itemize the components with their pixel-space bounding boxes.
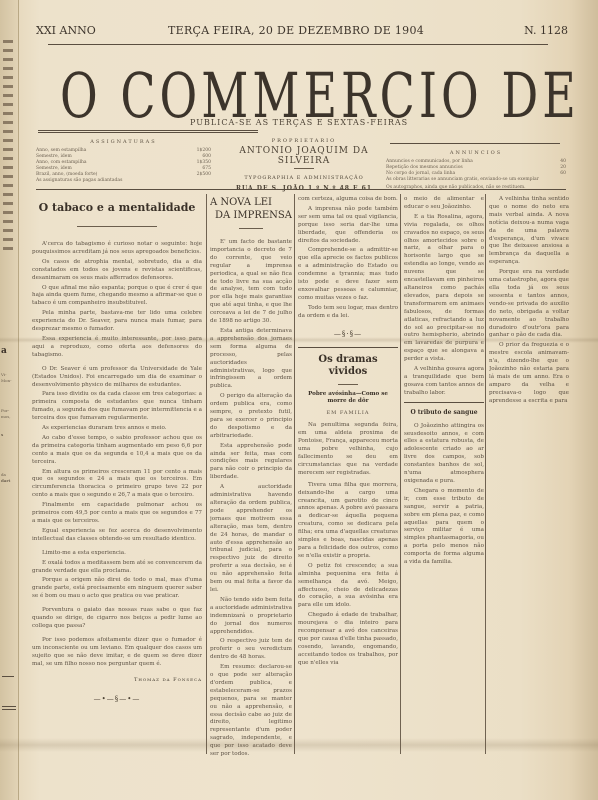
strip-fragment: mos, (1, 414, 16, 419)
article-headline-line1: A NOVA LEI (210, 196, 292, 209)
paper-fold (0, 337, 598, 343)
paragraph: Os casos de atrophia mental, sobretudo, … (32, 259, 202, 283)
paragraph: A velhinha gosava agora a tranquilidade … (404, 366, 484, 398)
paragraph: As experiencias duraram tres annos e mei… (32, 425, 202, 433)
advertising-row: As obras litterarias se annunciam gratis… (386, 177, 566, 183)
article-right-column-b: A velhinha tinha sentido que o nome do n… (489, 196, 569, 756)
paragraph: Todo tem seu logar, mas dentro da ordem … (298, 305, 398, 321)
newspaper-page: a Vi- Mon- Por- mos, s da dart XXI ANNO … (0, 0, 598, 800)
paragraph: O respectivo juiz tem de proferir o seu … (210, 638, 292, 662)
paragraph: Chegado á edade de trabalhar, mourejava … (298, 612, 398, 667)
divider (77, 226, 157, 227)
article-headline-line2: DA IMPRENSA (210, 209, 292, 222)
paragraph: O Joãozinho attingira os seusdesoito ann… (404, 423, 484, 486)
paragraph: Finalmente em capacidade pulmonar achou … (32, 502, 202, 526)
paragraph: O que afinal me não espanta; porque o qu… (32, 285, 202, 309)
article-tabaco: O tabaco e a mentalidade A'cerca do taba… (32, 196, 202, 756)
editor-name: ANTONIO JOAQUIM DA SILVEIRA (224, 146, 384, 166)
strip-fragment: s (1, 432, 16, 437)
strip-rule (2, 706, 16, 707)
strip-fragment: Mon- (1, 378, 16, 383)
paragraph: O prior da freguezia e o mestre escola a… (489, 342, 569, 405)
paragraph: A velhinha tinha sentido que o nome do n… (489, 196, 569, 267)
year-label: XXI ANNO (36, 24, 96, 37)
date-label: TERÇA FEIRA, 20 DE DEZEMBRO DE 1904 (168, 24, 424, 37)
strip-fragment-letter: a (1, 346, 7, 356)
divider (239, 228, 263, 229)
paragraph: A auctoridade administrativa havendo alt… (210, 484, 292, 595)
masthead-info-line: XXI ANNO TERÇA FEIRA, 20 DE DEZEMBRO DE … (36, 24, 568, 40)
paragraph: Pela minha parte, bastava-me ter lido um… (32, 310, 202, 334)
strip-fragment: Vi- (1, 372, 16, 377)
strip-fragment: da (1, 472, 16, 477)
column-rule (206, 194, 207, 754)
article-headline: O tabaco e a mentalidade (32, 200, 202, 216)
subscriptions-table: ASSIGNATURAS Anno, sem estampilha1$200 S… (36, 139, 211, 184)
masthead-rule (38, 130, 258, 131)
paragraph: Em altura os primeiros cresceram 11 por … (32, 469, 202, 501)
paragraph: Ao cabo d'esse tempo, o sabio professor … (32, 435, 202, 467)
article-continuation-column: com certeza, alguma coisa de bom. A impr… (298, 196, 398, 756)
paragraph: Esta apprehensão pode ainda ser feita, m… (210, 443, 292, 483)
section-label: EM FAMILIA (298, 410, 398, 418)
advertising-table: ANNUNCIOS Annuncios e communicados, por … (386, 150, 566, 191)
paragraph: Egual experiencia se fez acerca do desen… (32, 528, 202, 544)
paragraph: o meio de alimentar e educar o seu Joãoz… (404, 196, 484, 212)
paragraph: O Dr. Seaver é um professor da Universid… (32, 366, 202, 390)
paragraph: Porventura o gaiato das nossas ruas sabe… (32, 607, 202, 631)
paragraph: Limito-me a esta experiencia. (32, 550, 202, 558)
editor-block: PROPRIETARIO ANTONIO JOAQUIM DA SILVEIRA… (224, 138, 384, 192)
divider (294, 168, 314, 169)
paragraph: Para isso dividiu os da cada classe em t… (32, 391, 202, 423)
section-rule (404, 402, 484, 403)
paragraph: Porque a origem não direi de todo o mal,… (32, 577, 202, 601)
article-headline: Os dramas vividos (298, 354, 398, 378)
article-imprensa: A NOVA LEI DA IMPRENSA E' um facto de ba… (210, 196, 292, 756)
column-rule (485, 194, 486, 754)
subscription-row: As assignaturas são pagas adiantadas (36, 178, 211, 184)
column-rule (400, 194, 401, 754)
advertising-note: Os autographos, ainda que não publicados… (386, 185, 566, 191)
paragraph: com certeza, alguma coisa de bom. (298, 196, 398, 204)
header-bottom-rule (36, 189, 566, 190)
paragraph: Chegara o momento de ir, com esse tribut… (404, 488, 484, 567)
strip-fragment: Por- (1, 408, 16, 413)
subscriptions-heading: ASSIGNATURAS (36, 139, 211, 145)
divider (338, 384, 358, 385)
paragraph: Na penultima segunda feira, em uma aldei… (298, 422, 398, 477)
paragraph: Por isso podemos afoitamente dizer que o… (32, 637, 202, 669)
paragraph: E' um facto de bastante importancia o de… (210, 239, 292, 326)
strip-rule (2, 676, 14, 677)
strip-rule (2, 709, 16, 710)
article-right-column-a: o meio de alimentar e educar o seu Joãoz… (404, 196, 484, 756)
section-rule (298, 347, 398, 348)
column-rule (294, 194, 295, 754)
article-signature: Thomaz da Fonseca (32, 677, 202, 685)
advertising-heading: ANNUNCIOS (386, 150, 566, 156)
typography-label: TYPOGRAPHIA E ADMINISTRAÇÃO (224, 175, 384, 181)
paragraph: E oxalá todos a meditassem bem até se co… (32, 560, 202, 576)
paragraph: A'cerca do tabagismo é curioso notar o s… (32, 241, 202, 257)
paragraph: Não tendo sido bem feita a auctoridade a… (210, 597, 292, 637)
issue-number: N. 1128 (524, 24, 568, 37)
paragraph: O perigo da alteração da ordem publica e… (210, 393, 292, 440)
strip-fragment: dart (1, 478, 16, 483)
masthead-rule (390, 143, 560, 144)
ornament-border-icon (3, 40, 13, 250)
article-subhead: Pobre avósinha—Como se morre de dôr (298, 391, 398, 405)
paragraph: Comprehende-se a admittir-se que ella ap… (298, 247, 398, 302)
editor-role: PROPRIETARIO (224, 138, 384, 144)
paragraph: Porque era na verdade uma catastrophe, a… (489, 269, 569, 340)
ornament-divider-icon: —•—§—•— (32, 696, 202, 704)
article-subhead: O tributo de sangue (404, 409, 484, 417)
adjacent-page-strip: a Vi- Mon- Por- mos, s da dart (0, 0, 19, 800)
paper-fold (0, 738, 598, 752)
paragraph: Tivera uma filha que morrera, deixando-l… (298, 482, 398, 561)
paragraph: O petiz foi crescendo; a sua alminha peq… (298, 563, 398, 610)
paragraph: A imprensa não pode também ser sem uma t… (298, 206, 398, 246)
masthead-rule (38, 132, 258, 133)
masthead-rule (48, 44, 548, 45)
publication-schedule: PUBLICA-SE AS TERÇAS E SEXTAS-FEIRAS (190, 118, 408, 127)
